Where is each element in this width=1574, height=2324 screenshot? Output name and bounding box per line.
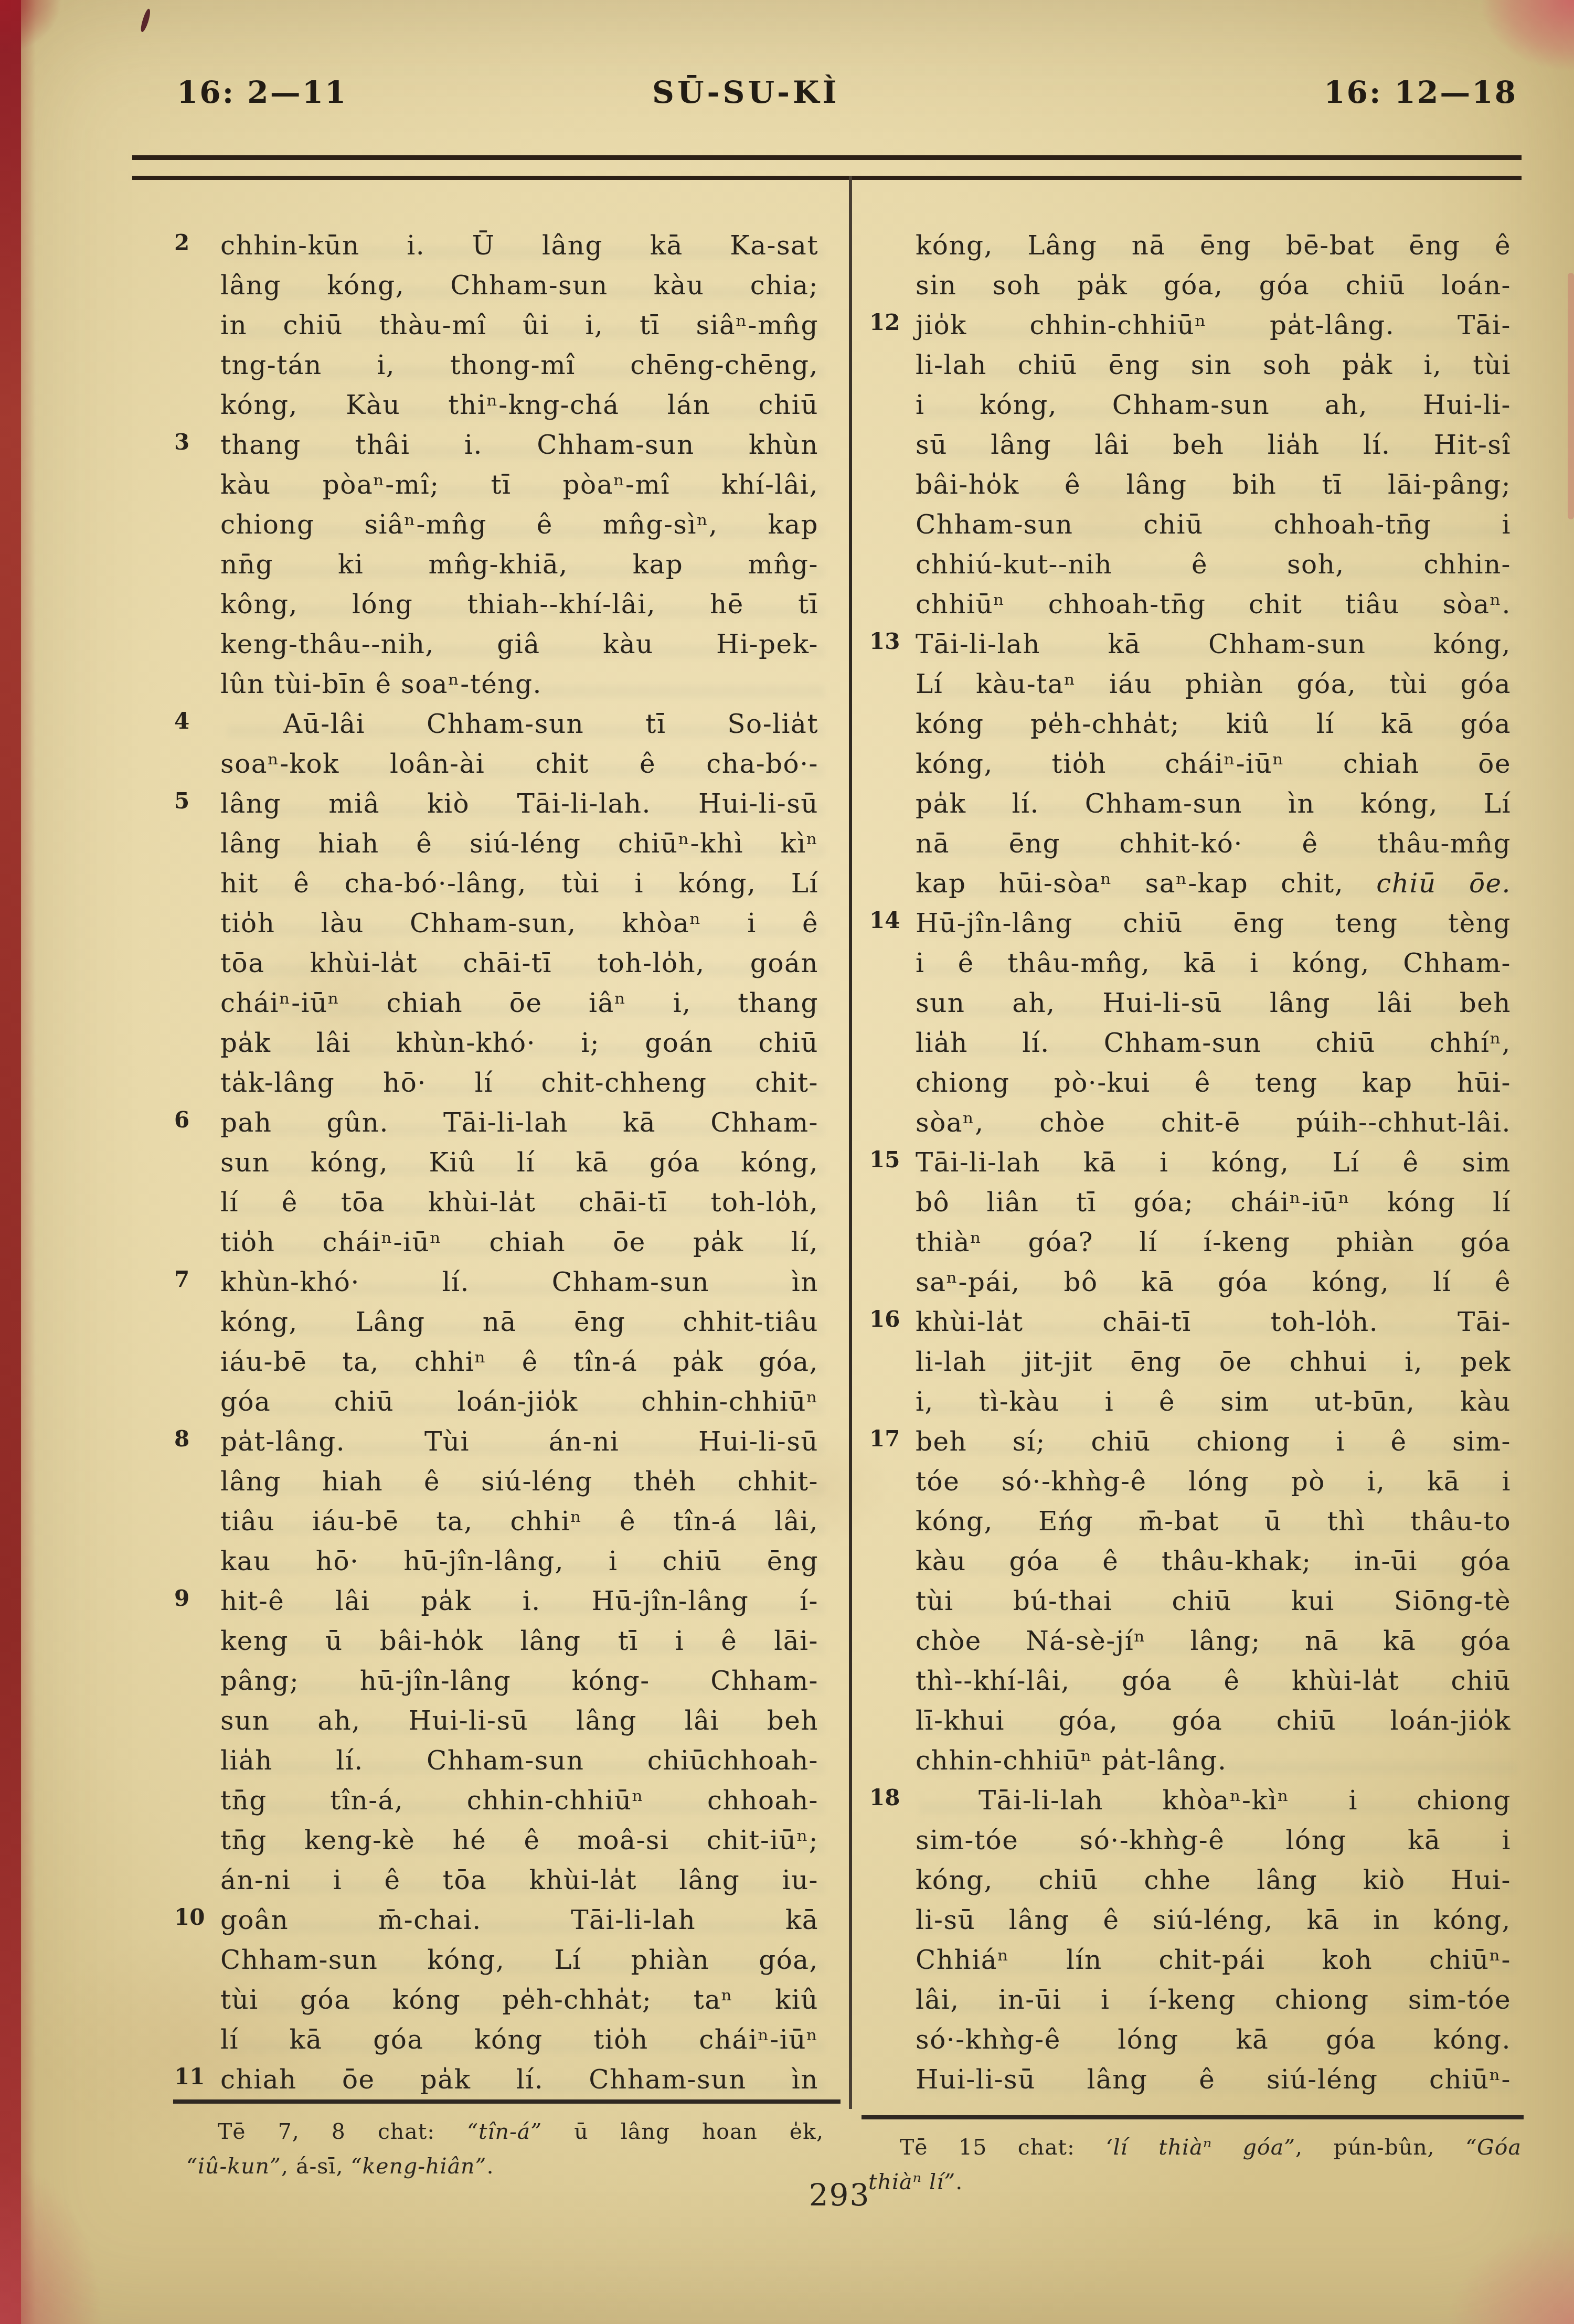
text-line: li-lah jit-jit ēng ōe chhui i, pek	[916, 1342, 1511, 1382]
text-line: i kóng, Chham-sun ah, Hui-li-	[916, 385, 1511, 425]
text-line: keng ū bâi-ho̍k lâng tī i ê lāi-	[220, 1621, 818, 1661]
text-line: iáu-bē ta, chhiⁿ ê tîn-á pa̍k góa,	[220, 1342, 818, 1382]
footnote-rule-left	[173, 2099, 841, 2104]
footnote-rule-right	[862, 2115, 1524, 2119]
verse-number: 15	[869, 1140, 910, 1180]
text-line: tùi góa kóng pe̍h-chha̍t; taⁿ kiû	[220, 1980, 818, 2020]
text-line: saⁿ-pái, bô kā góa kóng, lí ê	[916, 1262, 1511, 1302]
text-line: sòaⁿ, chòe chit-ē púih--chhut-lâi.	[916, 1103, 1511, 1143]
text-line: lâng kóng, Chham-sun kàu chia;	[220, 265, 818, 305]
text-line: sin soh pa̍k góa, góa chiū loán-	[916, 265, 1511, 305]
text-line: 17beh sí; chiū chiong i ê sim-	[916, 1422, 1511, 1462]
text-line: 14Hū-jîn-lâng chiū ēng teng tèng	[916, 903, 1511, 943]
verse-number: 13	[869, 622, 910, 662]
text-line: 8pa̍t-lâng. Tùi án-ni Hui-li-sū	[220, 1422, 818, 1462]
text-line: lia̍h lí. Chham-sun chiūchhoah-	[220, 1741, 818, 1781]
text-line: 16khùi-la̍t chāi-tī toh-lo̍h. Tāi-	[916, 1302, 1511, 1342]
running-header: 16: 2—11 SŪ-SU-KÌ 16: 12—18	[0, 74, 1574, 116]
text-line: Chham-sun chiū chhoah-tn̄g i	[916, 505, 1511, 545]
text-line: lûn tùi-bīn ê soaⁿ-téng.	[220, 664, 818, 704]
text-line: kap hūi-sòaⁿ saⁿ-kap chit, chiū ōe.	[916, 863, 1511, 903]
text-line: tiâu iáu-bē ta, chhiⁿ ê tîn-á lâi,	[220, 1501, 818, 1541]
verse-number: 7	[174, 1260, 215, 1299]
verse-number: 8	[174, 1419, 215, 1459]
text-line: kóng, Lâng nā ēng bē-bat ēng ê	[916, 226, 1511, 265]
text-line: kóng, Kàu thiⁿ-kng-chá lán chiū	[220, 385, 818, 425]
text-line: li-sū lâng ê siú-léng, kā in kóng,	[916, 1900, 1511, 1940]
text-line: kông, lóng thiah--khí-lâi, hē tī	[220, 584, 818, 624]
verse-number: 9	[174, 1579, 215, 1618]
text-line: pa̍k lí. Chham-sun ìn kóng, Lí	[916, 784, 1511, 824]
text-line: 5lâng miâ kiò Tāi-li-lah. Hui-li-sū	[220, 784, 818, 824]
text-line: li-lah chiū ēng sin soh pa̍k i, tùi	[916, 345, 1511, 385]
text-line: 10goân m̄-chai. Tāi-li-lah kā	[220, 1900, 818, 1940]
text-line: soaⁿ-kok loân-ài chit ê cha-bó·-	[220, 744, 818, 784]
text-line: cháiⁿ-iūⁿ chiah ōe iâⁿ i, thang	[220, 983, 818, 1023]
red-stain-top-left	[0, 0, 89, 79]
text-line: Chhiáⁿ lín chit-pái koh chiūⁿ-	[916, 1940, 1511, 1980]
text-line: tóe só·-khǹg-ê lóng pò i, kā i	[916, 1462, 1511, 1501]
text-line: sun kóng, Kiû lí kā góa kóng,	[220, 1143, 818, 1182]
footnote-line: Tē 7, 8 chat: “tîn-á” ū lâng hoan e̍k,	[186, 2114, 824, 2149]
text-line: lia̍h lí. Chham-sun chiū chhíⁿ,	[916, 1023, 1511, 1063]
text-line: kàu góa ê thâu-khak; in-ūi góa	[916, 1541, 1511, 1581]
text-line: Hui-li-sū lâng ê siú-léng chiūⁿ-	[916, 2060, 1511, 2099]
text-line: 18Tāi-li-lah khòaⁿ-kìⁿ i chiong	[916, 1781, 1511, 1820]
text-line: tōa khùi-la̍t chāi-tī toh-lo̍h, goán	[220, 943, 818, 983]
book-edge-left-red	[0, 0, 21, 2324]
text-line: lâng hiah ê siú-léng the̍h chhit-	[220, 1462, 818, 1501]
verse-number: 2	[174, 223, 215, 263]
text-line: 12jio̍k chhin-chhiūⁿ pa̍t-lâng. Tāi-	[916, 305, 1511, 345]
column-divider-rule	[849, 176, 852, 2109]
text-line: pa̍k lâi khùn-khó· i; goán chiū	[220, 1023, 818, 1063]
text-line: chiong pò·-kui ê teng kap hūi-	[916, 1063, 1511, 1103]
verse-number: 12	[869, 303, 910, 343]
text-line: chòe Ná-sè-jíⁿ lâng; nā kā góa	[916, 1621, 1511, 1661]
text-line: chhiú-kut--nih ê soh, chhin-	[916, 545, 1511, 584]
ink-mark	[139, 8, 152, 33]
verse-number: 5	[174, 781, 215, 821]
text-line: lâi, in-ūi i í-keng chiong sim-tóe	[916, 1980, 1511, 2020]
text-line: pâng; hū-jîn-lâng kóng- Chham-	[220, 1661, 818, 1701]
scanned-book-page: 16: 2—11 SŪ-SU-KÌ 16: 12—18 2chhin-kūn i…	[0, 0, 1574, 2324]
text-line: kóng pe̍h-chha̍t; kiû lí kā góa	[916, 704, 1511, 744]
text-line: tio̍h làu Chham-sun, khòaⁿ i ê	[220, 903, 818, 943]
verse-number: 3	[174, 422, 215, 462]
text-line: 7khùn-khó· lí. Chham-sun ìn	[220, 1262, 818, 1302]
verse-number: 14	[869, 901, 910, 941]
text-line: keng-thâu--nih, giâ kàu Hi-pek-	[220, 624, 818, 664]
text-line: sun ah, Hui-li-sū lâng lâi beh	[220, 1701, 818, 1741]
text-line: i, tì-kàu i ê sim ut-būn, kàu	[916, 1382, 1511, 1422]
text-line: góa chiū loán-jio̍k chhin-chhiūⁿ	[220, 1382, 818, 1422]
verse-number: 16	[869, 1299, 910, 1339]
text-line: thì--khí-lâi, góa ê khùi-la̍t chiū	[916, 1661, 1511, 1701]
footnote-left: Tē 7, 8 chat: “tîn-á” ū lâng hoan e̍k,“i…	[186, 2114, 824, 2183]
text-line: só·-khǹg-ê lóng kā góa kóng.	[916, 2020, 1511, 2060]
verse-number: 17	[869, 1419, 910, 1459]
text-line: tio̍h cháiⁿ-iūⁿ chiah ōe pa̍k lí,	[220, 1222, 818, 1262]
text-line: kàu pòaⁿ-mî; tī pòaⁿ-mî khí-lâi,	[220, 465, 818, 505]
text-line: nā ēng chhit-kó· ê thâu-mn̂g	[916, 824, 1511, 863]
text-line: thiàⁿ góa? lí í-keng phiàn góa	[916, 1222, 1511, 1262]
text-line: i ê thâu-mn̂g, kā i kóng, Chham-	[916, 943, 1511, 983]
text-line: kóng, tio̍h cháiⁿ-iūⁿ chiah ōe	[916, 744, 1511, 784]
text-line: nn̄g ki mn̂g-khiā, kap mn̂g-	[220, 545, 818, 584]
header-verse-range-right: 16: 12—18	[1324, 74, 1517, 110]
text-line: sun ah, Hui-li-sū lâng lâi beh	[916, 983, 1511, 1023]
text-line: chhiūⁿ chhoah-tn̄g chit tiâu sòaⁿ.	[916, 584, 1511, 624]
text-line: lâng hiah ê siú-léng chiūⁿ-khì kìⁿ	[220, 824, 818, 863]
verse-number: 4	[174, 701, 215, 741]
text-line: 11chiah ōe pa̍k lí. Chham-sun ìn	[220, 2060, 818, 2099]
text-line: sim-tóe só·-khǹg-ê lóng kā i	[916, 1820, 1511, 1860]
text-line: sū lâng lâi beh lia̍h lí. Hit-sî	[916, 425, 1511, 465]
text-line: Chham-sun kóng, Lí phiàn góa,	[220, 1940, 818, 1980]
right-text-column: kóng, Lâng nā ēng bē-bat ēng êsin soh pa…	[916, 226, 1511, 2099]
text-line: tn̄g tîn-á, chhin-chhiūⁿ chhoah-	[220, 1781, 818, 1820]
page-number: 293	[105, 2177, 1574, 2213]
text-line: kóng, chiū chhe lâng kiò Hui-	[916, 1860, 1511, 1900]
text-line: Lí kàu-taⁿ iáu phiàn góa, tùi góa	[916, 664, 1511, 704]
text-line: 15Tāi-li-lah kā i kóng, Lí ê sim	[916, 1143, 1511, 1182]
text-line: 6pah gûn. Tāi-li-lah kā Chham-	[220, 1103, 818, 1143]
text-line: lí ê tōa khùi-la̍t chāi-tī toh-lo̍h,	[220, 1182, 818, 1222]
text-line: kóng, Eńg m̄-bat ū thì thâu-to	[916, 1501, 1511, 1541]
text-line: kau hō· hū-jîn-lâng, i chiū ēng	[220, 1541, 818, 1581]
verse-number: 10	[174, 1897, 215, 1937]
verse-number: 6	[174, 1100, 215, 1140]
text-line: án-ni i ê tōa khùi-la̍t lâng iu-	[220, 1860, 818, 1900]
text-line: tùi bú-thai chiū kui Siōng-tè	[916, 1581, 1511, 1621]
text-line: 9hit-ê lâi pa̍k i. Hū-jîn-lâng í-	[220, 1581, 818, 1621]
text-line: ta̍k-lâng hō· lí chit-chheng chit-	[220, 1063, 818, 1103]
text-line: 13Tāi-li-lah kā Chham-sun kóng,	[916, 624, 1511, 664]
text-line: chhin-chhiūⁿ pa̍t-lâng.	[916, 1741, 1511, 1781]
header-verse-range-left: 16: 2—11	[177, 74, 347, 110]
text-line: hit ê cha-bó·-lâng, tùi i kóng, Lí	[220, 863, 818, 903]
text-line: in chiū thàu-mî ûi i, tī siâⁿ-mn̂g	[220, 305, 818, 345]
page-title: SŪ-SU-KÌ	[652, 74, 840, 110]
text-line: lī-khui góa, góa chiū loán-jio̍k	[916, 1701, 1511, 1741]
text-line: tng-tán i, thong-mî chēng-chēng,	[220, 345, 818, 385]
left-text-column: 2chhin-kūn i. Ū lâng kā Ka-satlâng kóng,…	[220, 226, 818, 2099]
text-line: 3thang thâi i. Chham-sun khùn	[220, 425, 818, 465]
header-double-rule	[132, 155, 1522, 180]
verse-number: 18	[869, 1778, 910, 1818]
text-line: bâi-ho̍k ê lâng bih tī lāi-pâng;	[916, 465, 1511, 505]
verse-number: 11	[174, 2057, 215, 2097]
footnote-line: Tē 15 chat: ‘lí thiàⁿ góa”, pún-bûn, “Gó…	[868, 2130, 1522, 2165]
red-stain-right-edge	[1568, 273, 1574, 519]
text-line: 2chhin-kūn i. Ū lâng kā Ka-sat	[220, 226, 818, 265]
text-line: kóng, Lâng nā ēng chhit-tiâu	[220, 1302, 818, 1342]
text-line: bô liân tī góa; cháiⁿ-iūⁿ kóng lí	[916, 1182, 1511, 1222]
text-line: 4Aū-lâi Chham-sun tī So-lia̍t	[220, 704, 818, 744]
text-line: lí kā góa kóng tio̍h cháiⁿ-iūⁿ	[220, 2020, 818, 2060]
text-line: chiong siâⁿ-mn̂g ê mn̂g-sìⁿ, kap	[220, 505, 818, 545]
text-line: tn̄g keng-kè hé ê moâ-si chit-iūⁿ;	[220, 1820, 818, 1860]
